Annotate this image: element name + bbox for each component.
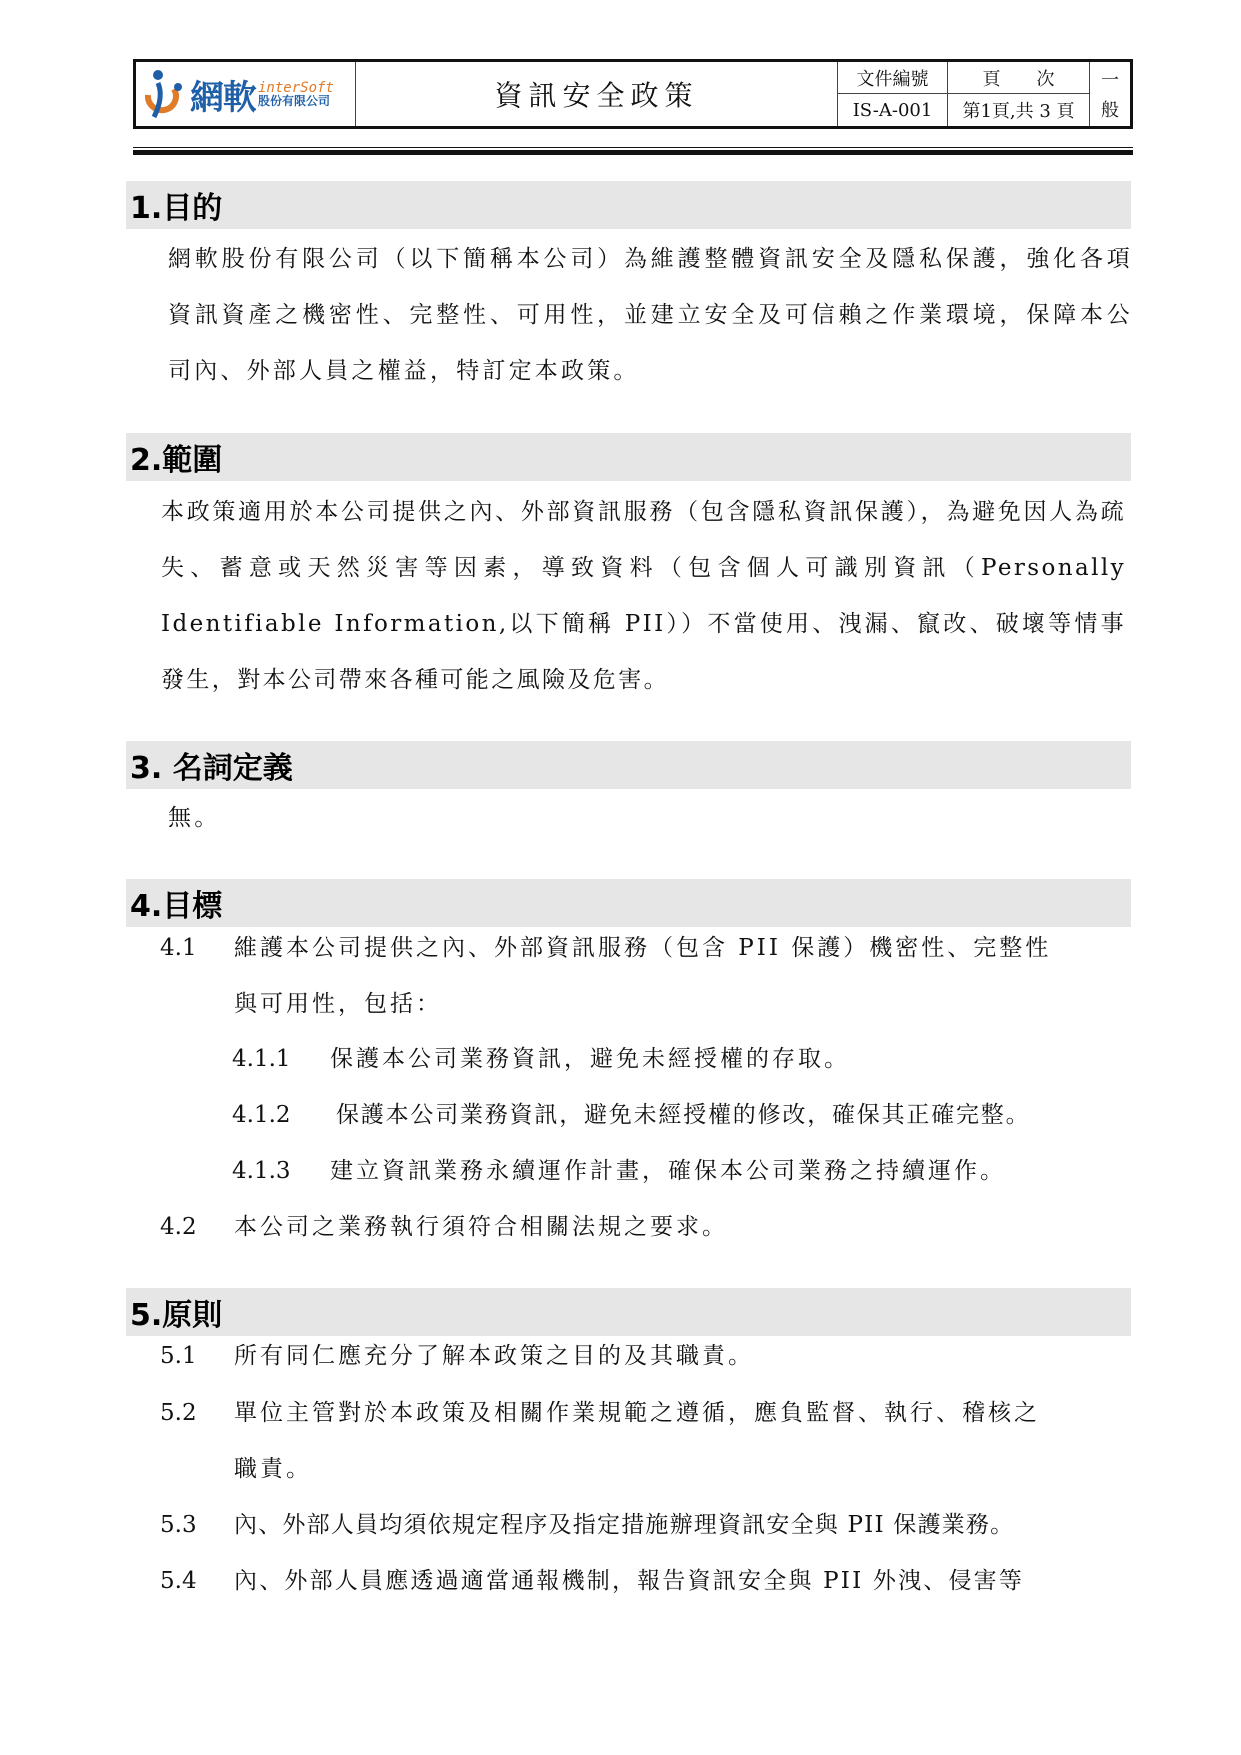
classification: 一 般 bbox=[1090, 62, 1130, 126]
section-body-purpose: 網軟股份有限公司（以下簡稱本公司）為維護整體資訊安全及隱私保護，強化各項資訊資產… bbox=[168, 231, 1133, 399]
company-logo: 網軟 interSoft 股份有限公司 bbox=[136, 62, 356, 126]
section-heading-definitions: 3. 名詞定義 bbox=[126, 741, 1131, 789]
logo-name-cn: 網軟 bbox=[190, 70, 256, 119]
document-title: 資訊安全政策 bbox=[356, 62, 838, 126]
page-value: 第1頁,共 3 頁 bbox=[948, 94, 1090, 126]
section-body-definitions: 無。 bbox=[168, 790, 1133, 846]
classification-bottom: 般 bbox=[1101, 96, 1119, 122]
document-header: 網軟 interSoft 股份有限公司 資訊安全政策 文件編號 頁 次 一 般 … bbox=[133, 59, 1133, 129]
logo-person-icon bbox=[144, 67, 188, 121]
section-heading-scope: 2.範圍 bbox=[126, 433, 1131, 481]
doc-no-value: IS-A-001 bbox=[838, 94, 948, 126]
page-label: 頁 次 bbox=[948, 62, 1090, 94]
section-heading-purpose: 1.目的 bbox=[126, 181, 1131, 229]
section-body-scope: 本政策適用於本公司提供之內、外部資訊服務（包含隱私資訊保護），為避免因人為疏失、… bbox=[161, 484, 1126, 708]
classification-top: 一 bbox=[1101, 66, 1119, 92]
document-meta: 文件編號 頁 次 一 般 IS-A-001 第1頁,共 3 頁 bbox=[838, 62, 1130, 126]
logo-name-en: interSoft bbox=[258, 81, 334, 95]
header-rule-thin bbox=[133, 147, 1133, 148]
doc-no-label: 文件編號 bbox=[838, 62, 948, 94]
header-rule-thick bbox=[133, 150, 1133, 155]
logo-company-suffix: 股份有限公司 bbox=[258, 95, 334, 107]
